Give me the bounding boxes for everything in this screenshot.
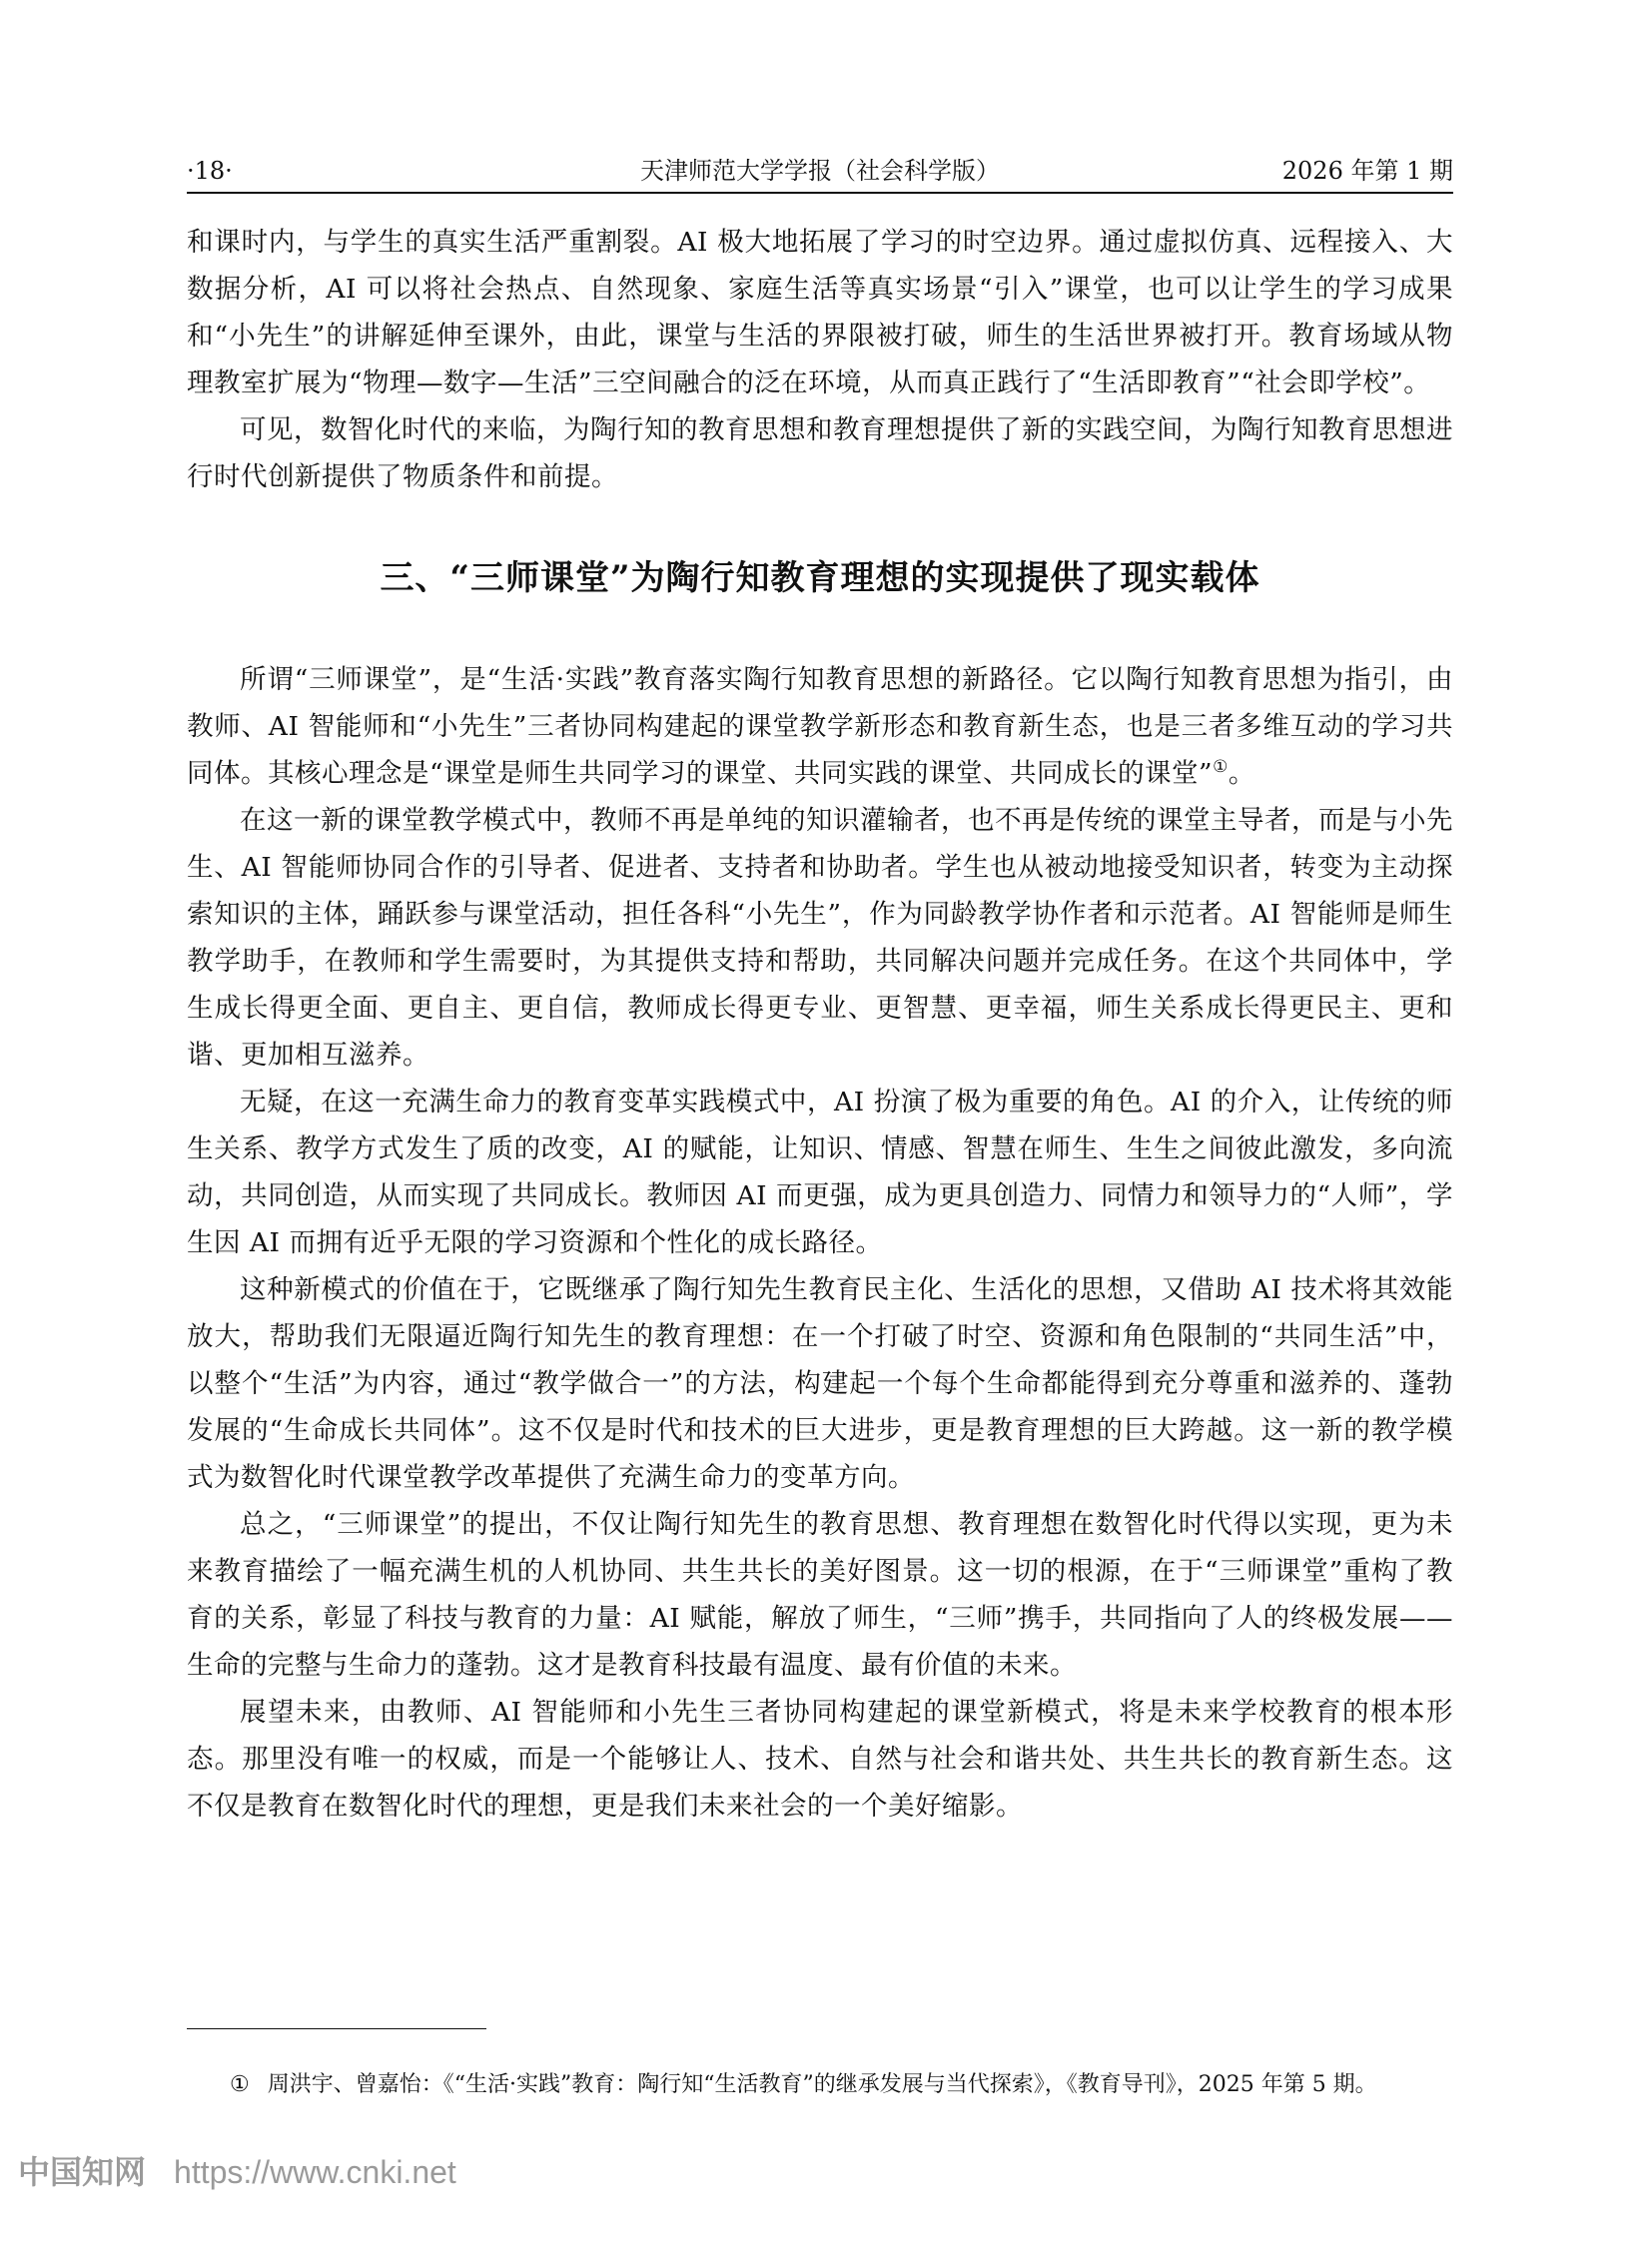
- section-heading: 三、“三师课堂”为陶行知教育理想的实现提供了现实载体: [187, 548, 1453, 608]
- footnote-rule: [187, 2028, 486, 2029]
- watermark-brand: 中国知网: [18, 2154, 146, 2190]
- journal-title: 天津师范大学学报（社会科学版）: [187, 150, 1453, 192]
- paragraph: 无疑，在这一充满生命力的教育变革实践模式中，AI 扮演了极为重要的角色。AI 的…: [187, 1079, 1453, 1266]
- footnote-reference[interactable]: ①: [1213, 757, 1229, 777]
- paragraph-end: 。: [1229, 758, 1255, 789]
- paragraph: 所谓“三师课堂”，是“生活·实践”教育落实陶行知教育思想的新路径。它以陶行知教育…: [187, 656, 1453, 797]
- paragraph-text: 所谓“三师课堂”，是“生活·实践”教育落实陶行知教育思想的新路径。它以陶行知教育…: [187, 664, 1453, 789]
- cnki-watermark: 中国知网https://www.cnki.net: [18, 2152, 456, 2192]
- running-header: ·18· 天津师范大学学报（社会科学版） 2026 年第 1 期: [187, 150, 1453, 192]
- header-rule: [187, 192, 1453, 194]
- footnote-text: 周洪宇、曾嘉怡：《“生活·实践”教育：陶行知“生活教育”的继承发展与当代探索》，…: [268, 2072, 1377, 2097]
- paragraph-continued: 和课时内，与学生的真实生活严重割裂。AI 极大地拓展了学习的时空边界。通过虚拟仿…: [187, 219, 1453, 406]
- footnote-mark: ①: [230, 2072, 250, 2097]
- paragraph: 总之，“三师课堂”的提出，不仅让陶行知先生的教育思想、教育理想在数智化时代得以实…: [187, 1501, 1453, 1689]
- paragraph: 在这一新的课堂教学模式中，教师不再是单纯的知识灌输者，也不再是传统的课堂主导者，…: [187, 797, 1453, 1079]
- paragraph: 可见，数智化时代的来临，为陶行知的教育思想和教育理想提供了新的实践空间，为陶行知…: [187, 406, 1453, 500]
- paragraph: 这种新模式的价值在于，它既继承了陶行知先生教育民主化、生活化的思想，又借助 AI…: [187, 1266, 1453, 1501]
- footnote: ①周洪宇、曾嘉怡：《“生活·实践”教育：陶行知“生活教育”的继承发展与当代探索》…: [230, 2069, 1468, 2101]
- watermark-url[interactable]: https://www.cnki.net: [174, 2154, 456, 2190]
- article-body: 和课时内，与学生的真实生活严重割裂。AI 极大地拓展了学习的时空边界。通过虚拟仿…: [187, 219, 1453, 1830]
- paragraph: 展望未来，由教师、AI 智能师和小先生三者协同构建起的课堂新模式，将是未来学校教…: [187, 1689, 1453, 1830]
- issue-label: 2026 年第 1 期: [1282, 150, 1453, 192]
